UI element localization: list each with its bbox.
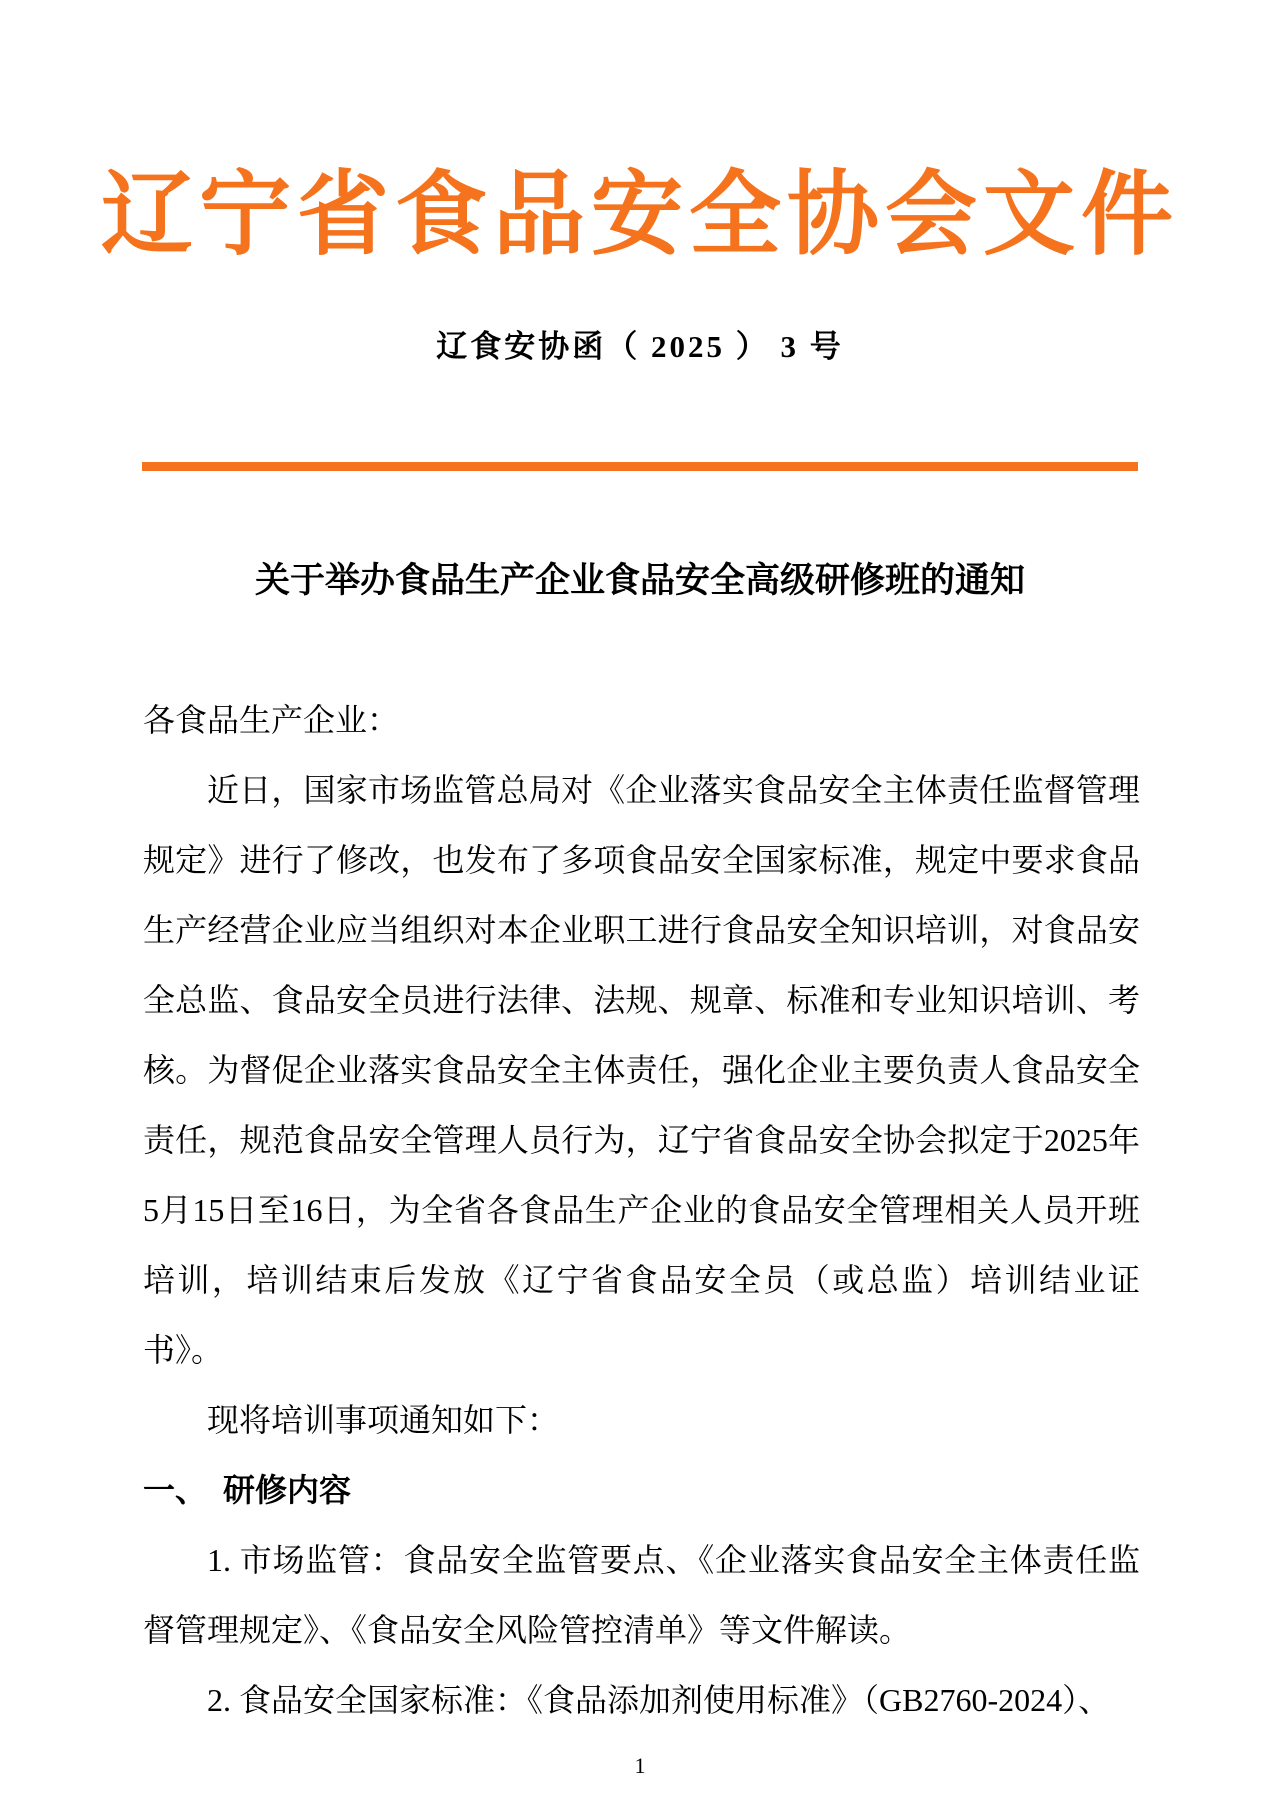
notice-title: 关于举办食品生产企业食品安全高级研修班的通知 [0,559,1280,603]
org-title: 辽宁省食品安全协会文件 [0,160,1280,270]
document-body: 各食品生产企业：近日，国家市场监管总局对《企业落实食品安全主体责任监督管理规定》… [143,685,1140,1735]
paragraph-transition: 现将培训事项通知如下： [143,1385,1140,1455]
header-divider [142,462,1138,471]
document-page: 辽宁省食品安全协会文件 辽食安协函（ 2025 ） 3 号 关于举办食品生产企业… [0,0,1280,1810]
page-number: 1 [0,1753,1280,1779]
section-heading-1: 一、 研修内容 [143,1455,1140,1525]
list-item-1: 1. 市场监管：食品安全监管要点、《企业落实食品安全主体责任监督管理规定》、《食… [143,1525,1140,1665]
list-item-2: 2. 食品安全国家标准：《食品添加剂使用标准》（GB2760-2024）、 [143,1665,1140,1735]
salutation: 各食品生产企业： [143,685,1140,755]
doc-number: 辽食安协函（ 2025 ） 3 号 [0,325,1280,368]
paragraph-intro: 近日，国家市场监管总局对《企业落实食品安全主体责任监督管理规定》进行了修改，也发… [143,755,1140,1385]
